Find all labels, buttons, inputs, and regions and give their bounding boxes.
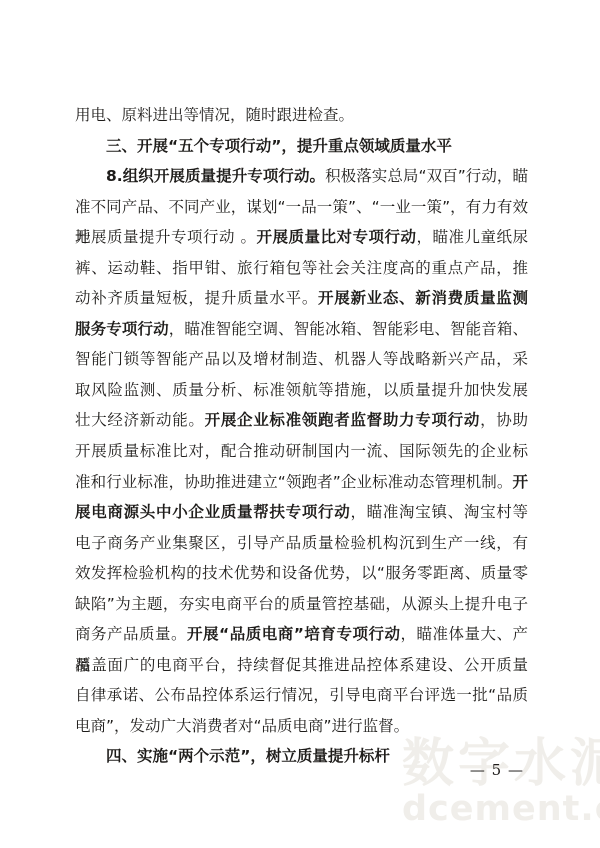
text-run: 缺陷”为主题，夯实电商平台的质量管控基础，从源头上提升电子 (75, 595, 528, 613)
document-page: 数字水泥 dcement.com 用电、原料进出等情况，随时跟进检查。三、开展“… (0, 0, 600, 848)
text-run: ，协助 (480, 411, 528, 429)
text-run: 壮大经济新动能。 (75, 411, 205, 429)
text-line: 取风险监测、质量分析、标准领航等措施，以质量提升加快发展 (75, 375, 528, 406)
text-run: 覆盖面广的电商平台，持续督促其推进品控体系建设、公开质量 (75, 656, 528, 674)
text-line: 效发挥检验机构的技术优势和设备优势，以“服务零距离、质量零 (75, 558, 528, 589)
text-line: 缺陷”为主题，夯实电商平台的质量管控基础，从源头上提升电子 (75, 589, 528, 620)
text-run: ，瞄准儿童纸尿 (416, 228, 528, 246)
text-line: 商务产品质量。开展“品质电商”培育专项行动，瞄准体量大、产品 (75, 619, 528, 650)
text-run: 用电、原料进出等情况，随时跟进检查。 (75, 106, 354, 124)
text-line: 准不同产品、不同产业，谋划“一品一策”、“一业一策”，有力有效地 (75, 192, 528, 223)
page-number: — 5 — (470, 761, 524, 779)
text-line: 覆盖面广的电商平台，持续督促其推进品控体系建设、公开质量 (75, 650, 528, 681)
text-run-bold: 8.组织开展质量提升专项行动。 (106, 167, 325, 185)
text-line: 开展质量标准比对，配合推动研制国内一流、国际领先的企业标 (75, 436, 528, 467)
text-run: ，瞄准淘宝镇、淘宝村等 (350, 503, 528, 521)
text-run-bold: 开展企业标准领跑者监督助力专项行动 (205, 411, 480, 429)
text-run: ，瞄准智能空调、智能冰箱、智能彩电、智能音箱、 (169, 320, 528, 338)
watermark-domain: dcement.com (402, 790, 600, 828)
text-line: 8.组织开展质量提升专项行动。积极落实总局“双百”行动，瞄 (75, 161, 528, 192)
text-line: 服务专项行动，瞄准智能空调、智能冰箱、智能彩电、智能音箱、 (75, 314, 528, 345)
text-line: 智能门锁等智能产品以及增材制造、机器人等战略新兴产品，采 (75, 344, 528, 375)
text-run: 取风险监测、质量分析、标准领航等措施，以质量提升加快发展 (75, 381, 528, 399)
text-line: 电商”，发动广大消费者对“品质电商”进行监督。 (75, 711, 528, 742)
text-run-bold: 开展质量比对专项行动 (256, 228, 416, 246)
text-run-bold: 展电商源头中小企业质量帮扶专项行动 (75, 503, 350, 521)
text-line: 自律承诺、公布品控体系运行情况，引导电商平台评选一批“品质 (75, 680, 528, 711)
text-run: 动补齐质量短板，提升质量水平。 (75, 289, 318, 307)
text-run: 智能门锁等智能产品以及增材制造、机器人等战略新兴产品，采 (75, 350, 528, 368)
text-run: 开展质量提升专项行动 。 (75, 228, 256, 246)
text-run-bold: 开 (512, 473, 528, 491)
text-run-bold: 三、开展“五个专项行动”，提升重点领域质量水平 (106, 137, 452, 155)
text-run-bold: 服务专项行动 (75, 320, 169, 338)
text-run: 商务产品质量。 (75, 625, 187, 643)
text-run: 效发挥检验机构的技术优势和设备优势，以“服务零距离、质量零 (75, 564, 528, 582)
text-run-bold: 四、实施“两个示范”，树立质量提升标杆 (106, 747, 390, 765)
document-body: 用电、原料进出等情况，随时跟进检查。三、开展“五个专项行动”，提升重点领域质量水… (75, 100, 528, 772)
text-line: 电子商务产业集聚区，引导产品质量检验机构沉到生产一线，有 (75, 528, 528, 559)
text-run-bold: 开展新业态、新消费质量监测 (318, 289, 528, 307)
text-run: 积极落实总局“双百”行动，瞄 (325, 167, 528, 185)
text-line: 展电商源头中小企业质量帮扶专项行动，瞄准淘宝镇、淘宝村等 (75, 497, 528, 528)
text-run: 电子商务产业集聚区，引导产品质量检验机构沉到生产一线，有 (75, 534, 528, 552)
text-line: 裤、运动鞋、指甲钳、旅行箱包等社会关注度高的重点产品，推 (75, 253, 528, 284)
text-run-bold: 开展“品质电商”培育专项行动 (187, 625, 400, 643)
text-run: 自律承诺、公布品控体系运行情况，引导电商平台评选一批“品质 (75, 686, 528, 704)
text-run: 裤、运动鞋、指甲钳、旅行箱包等社会关注度高的重点产品，推 (75, 259, 528, 277)
text-run: 准和行业标准，协助推进建立“领跑者”企业标准动态管理机制。 (75, 473, 512, 491)
text-run: 电商”，发动广大消费者对“品质电商”进行监督。 (75, 717, 409, 735)
text-line: 开展质量提升专项行动 。开展质量比对专项行动，瞄准儿童纸尿 (75, 222, 528, 253)
text-line: 三、开展“五个专项行动”，提升重点领域质量水平 (75, 131, 528, 162)
text-line: 动补齐质量短板，提升质量水平。开展新业态、新消费质量监测 (75, 283, 528, 314)
text-run: 开展质量标准比对，配合推动研制国内一流、国际领先的企业标 (75, 442, 528, 460)
text-line: 用电、原料进出等情况，随时跟进检查。 (75, 100, 528, 131)
text-line: 壮大经济新动能。开展企业标准领跑者监督助力专项行动，协助 (75, 405, 528, 436)
text-line: 准和行业标准，协助推进建立“领跑者”企业标准动态管理机制。开 (75, 467, 528, 498)
text-line: 四、实施“两个示范”，树立质量提升标杆 (75, 741, 528, 772)
